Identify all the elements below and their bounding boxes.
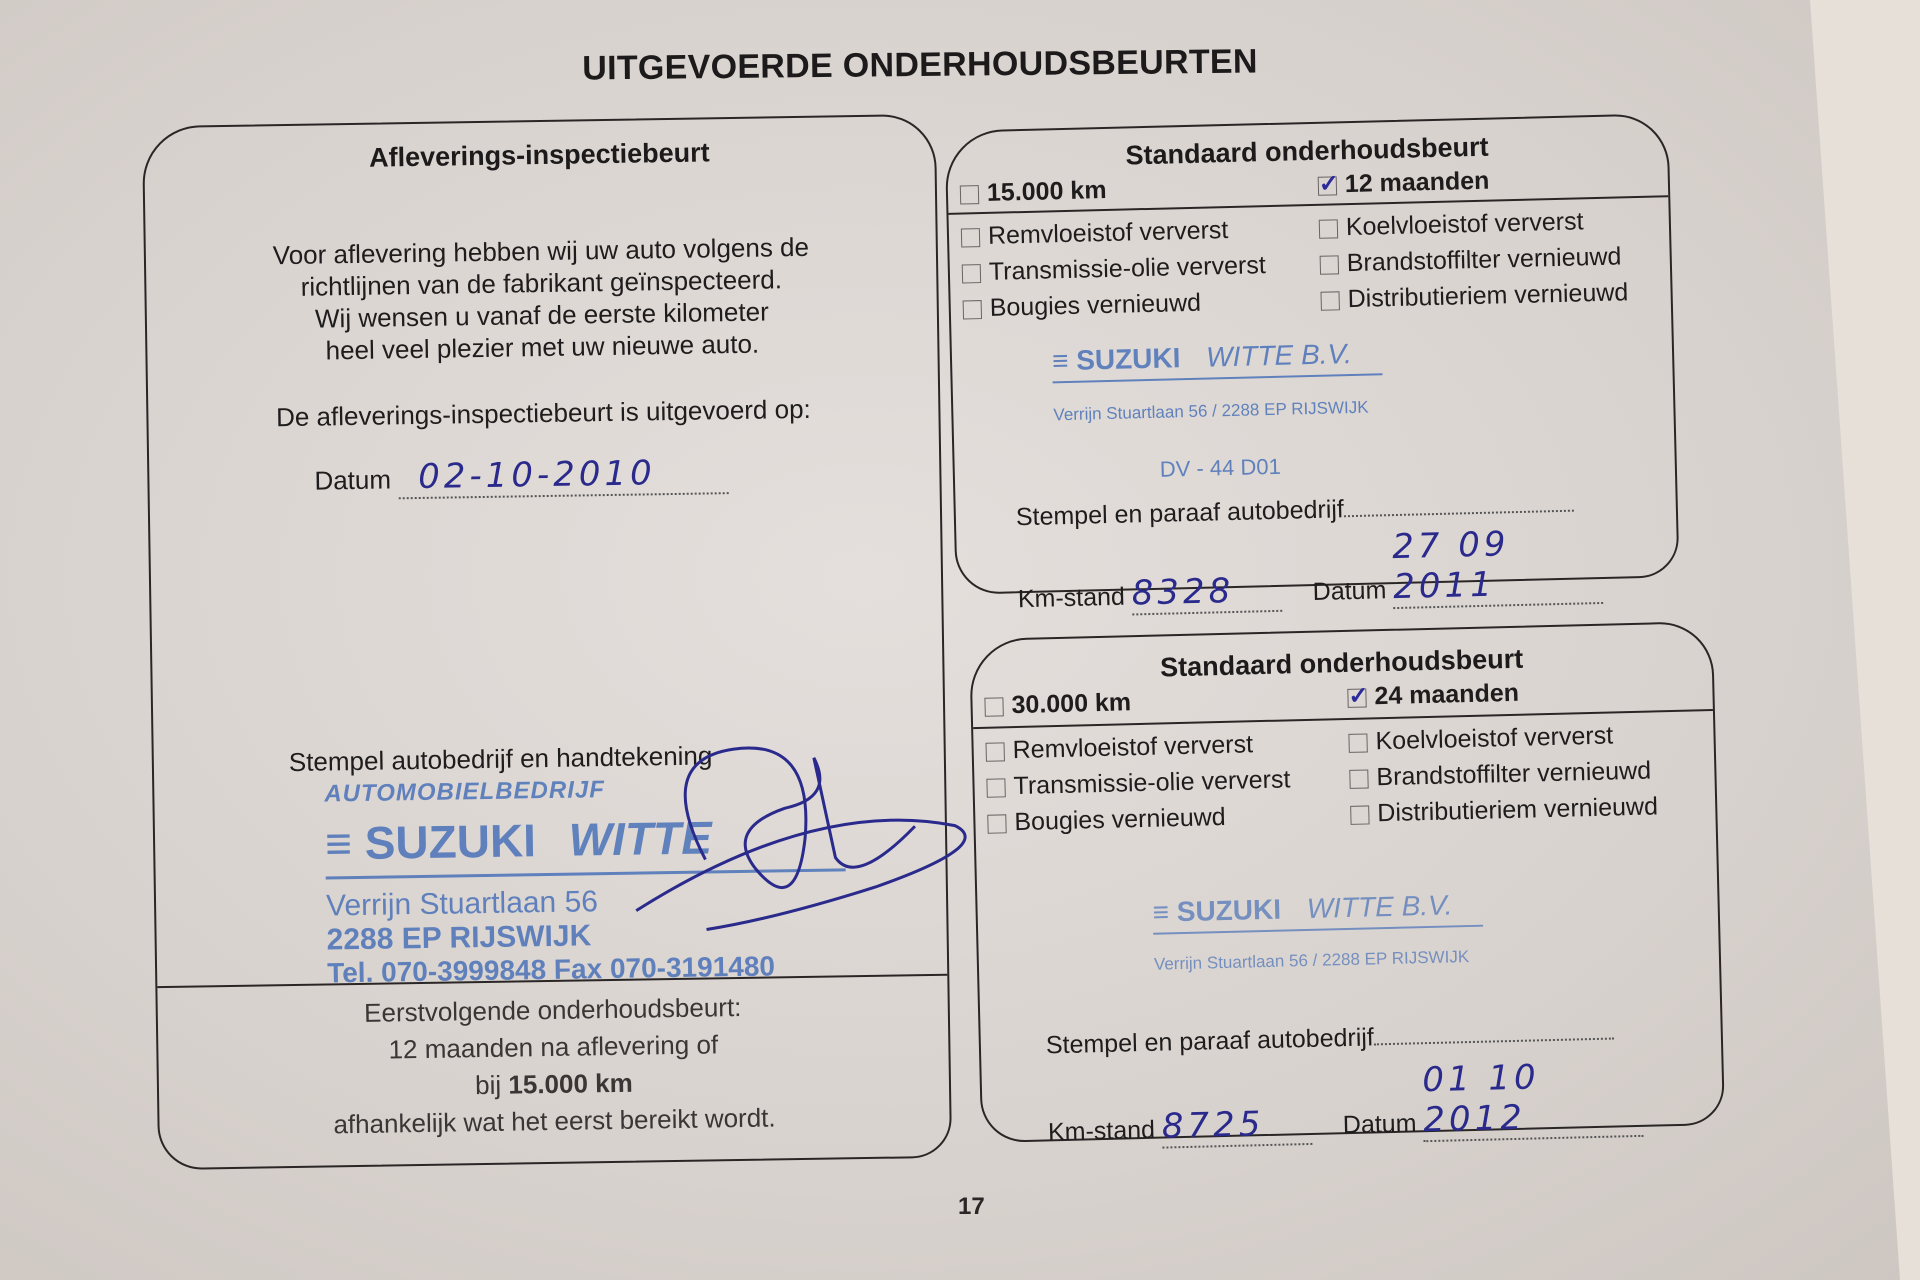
right-checklist: Koelvloeistof ververst Brandstoffilter v… [1348, 720, 1658, 835]
delivery-inspection-box: Afleverings-inspectiebeurt Voor afleveri… [142, 114, 952, 1170]
date-field[interactable]: 27 09 2011 [1392, 522, 1604, 609]
checkbox-30000km[interactable] [984, 697, 1003, 716]
dealer-stamp: ≡ SUZUKI WITTE B.V. Verrijn Stuartlaan 5… [1052, 337, 1385, 485]
check-label: Distributieriem vernieuwd [1377, 792, 1658, 827]
dealer-stamp: ≡ SUZUKI WITTE B.V. Verrijn Stuartlaan 5… [1152, 889, 1484, 975]
suzuki-logo-icon: ≡ [1052, 345, 1069, 376]
performed-on-label: De afleverings-inspectiebeurt is uitgevo… [148, 391, 938, 435]
km-option[interactable]: 30.000 km [984, 688, 1131, 728]
stamp-dealer: WITTE B.V. [1306, 889, 1452, 924]
checkbox[interactable] [1350, 805, 1369, 824]
checkbox[interactable] [962, 264, 981, 283]
check-label: Koelvloeistof ververst [1346, 207, 1584, 241]
check-item[interactable]: Distributieriem vernieuwd [1350, 792, 1658, 836]
check-label: Bougies vernieuwd [989, 289, 1201, 322]
stamp-brand: SUZUKI [1076, 342, 1181, 376]
check-label: Transmissie-olie ververst [989, 251, 1267, 286]
check-item[interactable]: Distributieriem vernieuwd [1320, 278, 1628, 322]
month-option-label: 24 maanden [1374, 679, 1519, 711]
delivery-intro: Voor aflevering hebben wij uw auto volge… [146, 229, 938, 369]
stamp-paraaf-row: Stempel en paraaf autobedrijf [1046, 1016, 1615, 1062]
check-item[interactable]: Bougies vernieuwd [987, 801, 1292, 844]
left-checklist: Remvloeistof ververst Transmissie-olie v… [961, 215, 1267, 330]
checkbox[interactable] [1320, 255, 1339, 274]
next-service-note: Eerstvolgende onderhoudsbeurt: 12 maande… [158, 986, 950, 1146]
checkbox[interactable] [986, 778, 1005, 797]
checkbox[interactable] [985, 742, 1004, 761]
stamp-brand: SUZUKI [1176, 894, 1281, 928]
date-label: Datum [1342, 1109, 1416, 1139]
stamp-address: Verrijn Stuartlaan 56 / 2288 EP RIJSWIJK [1053, 397, 1383, 425]
check-label: Brandstoffilter vernieuwd [1346, 242, 1621, 277]
check-label: Bougies vernieuwd [1014, 803, 1226, 836]
checkbox[interactable] [1349, 769, 1368, 788]
booklet-page: UITGEVOERDE ONDERHOUDSBEURTEN Aflevering… [0, 0, 1920, 1280]
check-label: Remvloeistof ververst [988, 216, 1229, 250]
check-label: Koelvloeistof ververst [1375, 721, 1613, 755]
km-label: Km-stand [1018, 583, 1126, 614]
km-date-row: Km-stand 8725 Datum 01 10 2012 [1046, 1055, 1643, 1152]
check-label: Brandstoffilter vernieuwd [1376, 757, 1651, 792]
suzuki-logo-icon: ≡ [1152, 896, 1169, 927]
next-service-km: 15.000 km [508, 1068, 633, 1100]
stamp-brand-row: ≡ SUZUKI WITTE B.V. [1052, 337, 1383, 377]
service-box-1: Standaard onderhoudsbeurt 15.000 km 12 m… [944, 113, 1679, 595]
stamp-paraaf-field[interactable] [1344, 510, 1574, 518]
km-label: Km-stand [1048, 1116, 1156, 1147]
page-number: 17 [958, 1193, 985, 1221]
date-field[interactable]: 01 10 2012 [1422, 1055, 1644, 1142]
checkbox-12-months[interactable] [1318, 176, 1337, 195]
checkbox-15000km[interactable] [960, 185, 979, 204]
checkbox[interactable] [961, 228, 980, 247]
page-title: UITGEVOERDE ONDERHOUDSBEURTEN [555, 42, 1285, 89]
left-checklist: Remvloeistof ververst Transmissie-olie v… [985, 729, 1291, 844]
check-label: Distributieriem vernieuwd [1347, 278, 1628, 313]
next-service-prefix: bij [475, 1070, 501, 1100]
delivery-date-field[interactable]: 02-10-2010 [398, 452, 729, 499]
right-checklist: Koelvloeistof ververst Brandstoffilter v… [1319, 206, 1629, 321]
check-item[interactable]: Bougies vernieuwd [962, 287, 1267, 330]
stamp-dealer: WITTE B.V. [1206, 338, 1352, 373]
checkbox[interactable] [1348, 733, 1367, 752]
date-label: Datum [1312, 576, 1386, 606]
delivery-date-row: Datum 02-10-2010 [314, 449, 940, 501]
stamp-paraaf-label: Stempel en paraaf autobedrijf [1016, 495, 1345, 531]
month-option[interactable]: 24 maanden [1347, 679, 1519, 719]
km-date-row: Km-stand 8328 Datum 27 09 2011 [1016, 522, 1603, 618]
stamp-brand-row: ≡ SUZUKI WITTE B.V. [1152, 889, 1483, 929]
checkbox[interactable] [987, 814, 1006, 833]
checkbox[interactable] [1319, 219, 1338, 238]
month-option-label: 12 maanden [1345, 167, 1490, 199]
stamp-brand: SUZUKI [364, 814, 536, 869]
stamp-address: Verrijn Stuartlaan 56 / 2288 EP RIJSWIJK [1154, 947, 1484, 975]
service-box-2: Standaard onderhoudsbeurt 30.000 km 24 m… [969, 621, 1725, 1143]
delivery-inspection-heading: Afleverings-inspectiebeurt [144, 134, 934, 177]
stamp-paraaf-field[interactable] [1374, 1038, 1614, 1046]
check-label: Remvloeistof ververst [1012, 730, 1253, 764]
checkbox-24-months[interactable] [1347, 688, 1366, 707]
checkbox[interactable] [1320, 291, 1339, 310]
date-label: Datum [314, 464, 391, 495]
stamp-code: DV - 44 D01 [1159, 451, 1385, 482]
signature-scribble-icon [613, 715, 997, 961]
check-label: Transmissie-olie ververst [1013, 765, 1291, 800]
km-field[interactable]: 8725 [1161, 1103, 1312, 1149]
checkbox[interactable] [963, 300, 982, 319]
km-option-label: 15.000 km [987, 176, 1107, 207]
km-field[interactable]: 8328 [1131, 570, 1282, 616]
suzuki-logo-icon: ≡ [325, 817, 353, 869]
km-option-label: 30.000 km [1011, 688, 1131, 719]
stamp-paraaf-label: Stempel en paraaf autobedrijf [1046, 1023, 1375, 1059]
